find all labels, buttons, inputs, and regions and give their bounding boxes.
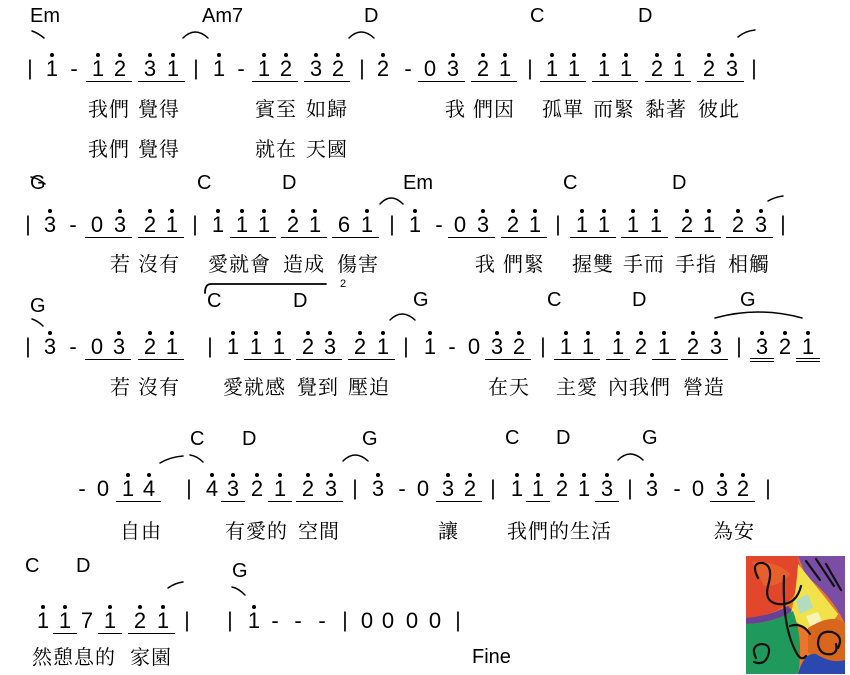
lyrics-row-2: 若 沒有 愛就會 造成 傷害 我 們緊 握雙 手而 手指 相觸	[0, 254, 850, 276]
lyric: 我	[475, 254, 496, 274]
lyric: 愛就會	[208, 254, 271, 274]
chord-symbol: D	[672, 173, 686, 193]
note: 2	[371, 58, 395, 80]
lyric: 造成	[283, 254, 325, 274]
fine-marking: Fine	[472, 647, 511, 667]
chord-symbol: C	[25, 556, 39, 576]
note: 1	[268, 478, 292, 500]
note: 2	[296, 336, 320, 358]
sustain-dash: -	[61, 214, 85, 236]
tie-arc	[190, 455, 203, 462]
chord-symbol: G	[740, 290, 756, 310]
note: 3	[304, 58, 328, 80]
lyric: 手指	[675, 254, 717, 274]
sustain-dash: -	[62, 58, 86, 80]
staff-row-1: | 1 - 1 2 3 1 | 1 - 1 2 3 2 | 2 - 0 3 2 …	[0, 58, 850, 88]
note: 2	[128, 610, 152, 632]
lyrics-row-5: 然憩息的 家園	[0, 647, 850, 669]
sheet-music-page: Em Am7 D C D G C D Em C D G C D G C D G …	[0, 0, 850, 675]
lyric: 們因	[473, 99, 515, 119]
note: 2	[458, 478, 482, 500]
note: 3	[108, 214, 132, 236]
lyric: 握雙	[572, 254, 614, 274]
note: 2	[773, 336, 797, 358]
chord-symbol: D	[76, 556, 90, 576]
lyrics-row-1-verse-1: 我們 覺得 賓至 如歸 我 們因 孤單 而緊 黏著 彼此	[0, 99, 850, 121]
lyric: 孤單	[542, 99, 584, 119]
note: 2	[675, 214, 699, 236]
staff-row-4: - 0 1 4 | 4 3 2 1 2 3 | 3 - 0 3 2 | 1 1 …	[0, 478, 850, 508]
note: 3	[485, 336, 509, 358]
chord-symbol: D	[638, 6, 652, 26]
note: 3	[436, 478, 460, 500]
tie-arc	[768, 196, 783, 201]
barline: |	[177, 478, 201, 500]
barline: |	[771, 214, 795, 236]
sustain-dash: -	[263, 610, 287, 632]
barline: |	[446, 610, 470, 632]
lyric: 然憩息的	[32, 647, 116, 667]
note: 1	[697, 214, 721, 236]
note: 2	[507, 336, 531, 358]
lyrics-row-4: 自由 有愛的 空間 讓 我們的生活 為安	[0, 521, 850, 543]
lyric: 為安	[713, 521, 755, 541]
tie-arc	[349, 32, 374, 38]
note: 2	[245, 478, 269, 500]
lyric: 營造	[683, 377, 725, 397]
barline: |	[16, 214, 40, 236]
note: 2	[326, 58, 350, 80]
note: 1	[207, 58, 231, 80]
sustain-dash: -	[229, 58, 253, 80]
lyric: 主愛	[556, 377, 598, 397]
note: 2	[697, 58, 721, 80]
note: 1	[230, 214, 254, 236]
lyric: 家園	[130, 647, 172, 667]
note: 1	[540, 58, 564, 80]
note: 3	[221, 478, 245, 500]
lyric: 覺到	[297, 377, 339, 397]
note: 3	[720, 58, 744, 80]
lyric: 而緊	[593, 99, 635, 119]
note: 1	[160, 214, 184, 236]
note: 1	[252, 58, 276, 80]
note: 2	[138, 336, 162, 358]
note: 3	[441, 58, 465, 80]
note: 1	[40, 58, 64, 80]
note: 1	[592, 214, 616, 236]
note: 1	[221, 336, 245, 358]
note: 2	[645, 58, 669, 80]
note: 3	[749, 214, 773, 236]
chord-symbol: Em	[403, 173, 433, 193]
lyric: 若	[110, 377, 131, 397]
barline: |	[198, 336, 222, 358]
note: 2	[281, 214, 305, 236]
rest: 0	[448, 214, 472, 236]
lyric: 覺得	[138, 139, 180, 159]
note: 7	[75, 610, 99, 632]
lyric: 壓迫	[348, 377, 390, 397]
note: 1	[86, 58, 110, 80]
lyric: 如歸	[306, 99, 348, 119]
tie-arc	[232, 587, 245, 595]
chord-symbol: G	[413, 290, 429, 310]
chord-symbol: D	[556, 428, 570, 448]
chord-symbol: C	[547, 290, 561, 310]
lyric: 沒有	[138, 254, 180, 274]
barline: |	[333, 610, 357, 632]
note: 1	[303, 214, 327, 236]
note: 3	[595, 478, 619, 500]
note: 1	[161, 58, 185, 80]
lyric: 有愛的	[225, 521, 288, 541]
rest: 0	[686, 478, 710, 500]
lyrics-row-1-verse-2: 我們 覺得 就在 天國	[0, 139, 850, 161]
tie-arc	[343, 455, 368, 461]
note: 1	[526, 478, 550, 500]
tie-arc	[32, 31, 44, 38]
chord-symbol: D	[364, 6, 378, 26]
volta-bracket	[205, 284, 326, 293]
lyric: 相觸	[728, 254, 770, 274]
rest: 0	[376, 610, 400, 632]
lyric: 讓	[438, 521, 459, 541]
sustain-dash: -	[61, 336, 85, 358]
note: 1	[667, 58, 691, 80]
note: 1	[606, 336, 630, 358]
note: 3	[318, 336, 342, 358]
rest: 0	[418, 58, 442, 80]
lyric: 傷害	[337, 254, 379, 274]
chord-symbol: G	[30, 296, 46, 316]
note: 3	[107, 336, 131, 358]
note: 2	[108, 58, 132, 80]
note: 1	[160, 336, 184, 358]
lyric: 若	[110, 254, 131, 274]
tie-arc	[738, 30, 755, 37]
chord-symbol: C	[563, 173, 577, 193]
sustain-dash: -	[440, 336, 464, 358]
chord-symbol: D	[282, 173, 296, 193]
lyric: 我	[445, 99, 466, 119]
note: 2	[296, 478, 320, 500]
rest: 0	[462, 336, 486, 358]
chord-symbol: D	[293, 291, 307, 311]
chord-symbol: C	[197, 173, 211, 193]
note: 2	[731, 478, 755, 500]
note: 3	[704, 336, 728, 358]
note: 2	[348, 336, 372, 358]
lyric: 賓至	[255, 99, 297, 119]
tie-arc	[380, 198, 403, 204]
chord-symbol: D	[632, 290, 646, 310]
lyric: 就在	[255, 139, 297, 159]
barline: |	[18, 58, 42, 80]
note: 1	[371, 336, 395, 358]
lyric: 內我們	[608, 377, 671, 397]
note: 2	[629, 336, 653, 358]
barline: |	[618, 478, 642, 500]
tie-arc	[160, 456, 183, 463]
barline: |	[183, 214, 207, 236]
barline: |	[184, 58, 208, 80]
barline: |	[394, 336, 418, 358]
note: 3	[38, 214, 62, 236]
note: 2	[471, 58, 495, 80]
note: 1	[572, 478, 596, 500]
barline: |	[546, 214, 570, 236]
barline: |	[481, 478, 505, 500]
chord-symbol: C	[530, 6, 544, 26]
note: 2	[681, 336, 705, 358]
note: 1	[644, 214, 668, 236]
rest: 0	[85, 336, 109, 358]
lyric: 在天	[488, 377, 530, 397]
barline: |	[756, 478, 780, 500]
note: 1	[98, 610, 122, 632]
lyric: 愛就感	[223, 377, 286, 397]
lyrics-row-3: 若 沒有 愛就感 覺到 壓迫 在天 主愛 內我們 營造	[0, 377, 850, 399]
sustain-dash: -	[396, 58, 420, 80]
note: 1	[31, 610, 55, 632]
rest: 0	[91, 478, 115, 500]
lyric: 我們	[88, 99, 130, 119]
note: 1	[621, 214, 645, 236]
barline: |	[218, 610, 242, 632]
note: 2	[501, 214, 525, 236]
tie-arc	[32, 319, 43, 326]
note: 1	[403, 214, 427, 236]
note: 1	[252, 214, 276, 236]
note: 2	[726, 214, 750, 236]
chord-symbol: C	[207, 291, 221, 311]
rest: 0	[400, 610, 424, 632]
note: 3	[138, 58, 162, 80]
lyric: 覺得	[138, 99, 180, 119]
note: 2	[274, 58, 298, 80]
note: 3	[38, 336, 62, 358]
chord-symbol: C	[190, 429, 204, 449]
lyric: 手而	[623, 254, 665, 274]
tie-arc	[390, 314, 415, 320]
artwork-image	[746, 556, 845, 674]
note: 1	[570, 214, 594, 236]
tie-arc	[168, 582, 183, 588]
chord-symbol: G	[232, 561, 248, 581]
barline: |	[531, 336, 555, 358]
staff-row-5: 1 1 7 1 2 1 | | 1 - - - | 0 0 0 0 |	[0, 610, 850, 640]
note: 1	[418, 336, 442, 358]
note: 3	[750, 336, 774, 358]
lyric: 們緊	[503, 254, 545, 274]
tie-arc	[183, 32, 208, 38]
chord-symbol: G	[362, 429, 378, 449]
sustain-dash: -	[310, 610, 334, 632]
barline: |	[380, 214, 404, 236]
chord-symbol: G	[30, 173, 46, 193]
barline: |	[175, 610, 199, 632]
rest: 0	[423, 610, 447, 632]
note: 3	[319, 478, 343, 500]
note: 1	[244, 336, 268, 358]
note: 3	[366, 478, 390, 500]
note: 1	[614, 58, 638, 80]
note: 1	[151, 610, 175, 632]
lyric: 我們	[88, 139, 130, 159]
chord-symbol: G	[642, 428, 658, 448]
note: 2	[550, 478, 574, 500]
lyric: 我們的生活	[507, 521, 612, 541]
note: 4	[137, 478, 161, 500]
tie-arc	[618, 454, 643, 460]
rest: 0	[85, 214, 109, 236]
barline: |	[16, 336, 40, 358]
chord-symbol: D	[242, 429, 256, 449]
note: 1	[562, 58, 586, 80]
lyric: 黏著	[645, 99, 687, 119]
staff-row-2: | 3 - 0 3 2 1 | 1 1 1 2 1 6 1 | 1 - 0 3 …	[0, 214, 850, 244]
chord-symbol: C	[505, 428, 519, 448]
sustain-dash: -	[286, 610, 310, 632]
note: 1	[652, 336, 676, 358]
barline: |	[518, 58, 542, 80]
barline: |	[742, 58, 766, 80]
barline: |	[727, 336, 751, 358]
note: 1	[53, 610, 77, 632]
note: 3	[640, 478, 664, 500]
note: 1	[523, 214, 547, 236]
lyric: 彼此	[698, 99, 740, 119]
lyric: 自由	[120, 521, 162, 541]
note: 1	[796, 336, 820, 358]
note: 1	[576, 336, 600, 358]
note: 3	[471, 214, 495, 236]
note: 1	[493, 58, 517, 80]
note: 1	[355, 214, 379, 236]
lyric: 天國	[306, 139, 348, 159]
staff-row-3: | 3 - 0 3 2 1 | 1 1 1 2 3 2 1 | 1 - 0 3 …	[0, 336, 850, 366]
chord-symbol: Em	[30, 6, 60, 26]
barline: |	[343, 478, 367, 500]
slur-arc	[715, 312, 802, 318]
rest: 0	[411, 478, 435, 500]
note: 6	[332, 214, 356, 236]
chord-symbol: Am7	[202, 6, 243, 26]
note: 1	[592, 58, 616, 80]
note: 1	[554, 336, 578, 358]
note: 1	[267, 336, 291, 358]
volta-number: 2	[340, 279, 346, 290]
lyric: 空間	[298, 521, 340, 541]
lyric: 沒有	[138, 377, 180, 397]
note: 2	[138, 214, 162, 236]
note: 1	[206, 214, 230, 236]
